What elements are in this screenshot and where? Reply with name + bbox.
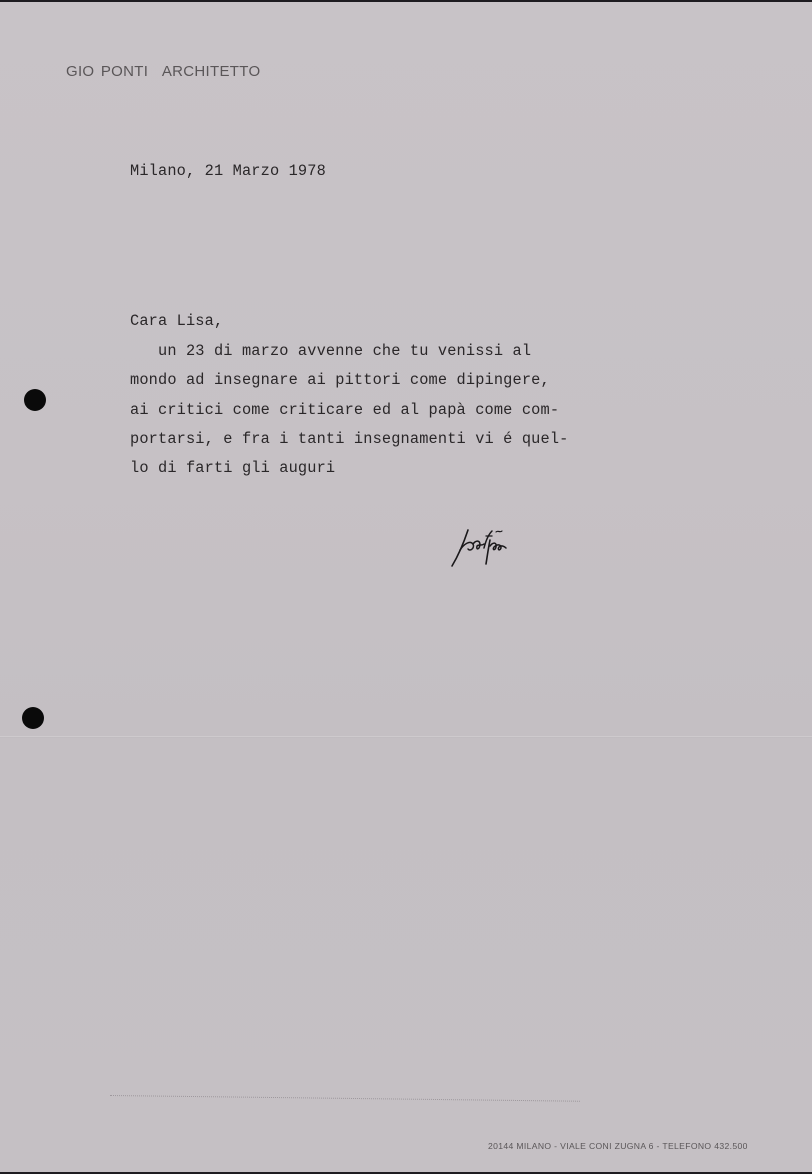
handwritten-signature (446, 522, 518, 572)
footer-address: 20144 MILANO - VIALE CONI ZUGNA 6 - TELE… (488, 1141, 748, 1151)
letter-page: GIO PONTI ARCHITETTO Milano, 21 Marzo 19… (0, 2, 812, 1172)
letter-body-line: un 23 di marzo avvenne che tu venissi al (130, 342, 531, 360)
letterhead-profession: ARCHITETTO (162, 63, 261, 80)
punch-hole (24, 389, 46, 411)
letter-body-line: lo di farti gli auguri (130, 459, 335, 477)
letter-date: Milano, 21 Marzo 1978 (130, 162, 326, 180)
letter-body-line: ai critici come criticare ed al papà com… (130, 401, 559, 419)
punch-hole (22, 707, 44, 729)
letter-body-line: portarsi, e fra i tanti insegnamenti vi … (130, 430, 569, 448)
letter-body-line: mondo ad insegnare ai pittori come dipin… (130, 371, 550, 389)
letterhead: GIO PONTI ARCHITETTO (66, 63, 260, 80)
letter-salutation: Cara Lisa, (130, 312, 223, 330)
paper-crease-marks (110, 1095, 580, 1102)
paper-fold (0, 736, 812, 738)
letterhead-name: GIO PONTI (66, 63, 148, 80)
